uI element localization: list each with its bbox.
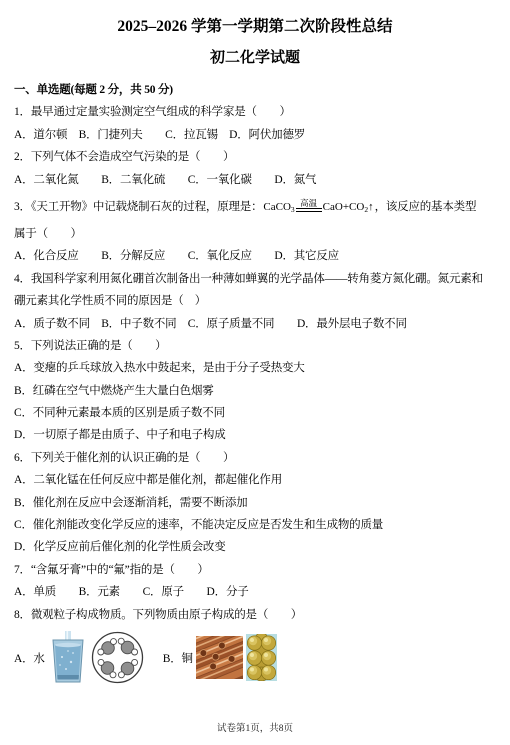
exam-title: 2025–2026 学第一学期第二次阶段性总结 [14, 10, 496, 43]
question-3-options: A．化合反应 B．分解反应 C．氧化反应 D．其它反应 [14, 245, 496, 267]
eq-gas-arrow: ↑ [368, 191, 374, 223]
exam-subtitle: 初二化学试题 [14, 43, 496, 73]
water-glass-photo [48, 631, 88, 684]
question-2-stem: 2．下列气体不会造成空气污染的是（ ） [14, 146, 496, 168]
question-6-option-c: C．催化剂能改变化学反应的速率，不能决定反应是否发生和生成物的质量 [14, 514, 496, 536]
question-5-option-c: C．不同种元素最本质的区别是质子数不同 [14, 402, 496, 424]
eq-condition-label: 高温 [300, 199, 317, 208]
q8-option-b-label: B．铜 [163, 650, 193, 666]
q3-stem-prefix: 3．《天工开物》中记载烧制石灰的过程，原理是： [14, 191, 262, 223]
q3-chemical-equation: CaCO3高温CaO+CO2↑ [263, 191, 373, 223]
question-5-option-b: B．红磷在空气中燃烧产生大量白色烟雾 [14, 380, 496, 402]
water-molecules-diagram [91, 631, 144, 684]
eq-double-line [296, 208, 322, 212]
question-7-stem: 7．“含氟牙膏”中的“氟”指的是（ ） [14, 559, 496, 581]
question-4-stem-line2: 硼元素其化学性质不同的原因是（ ） [14, 290, 496, 312]
copper-atoms-diagram [246, 634, 277, 681]
eq-products: CaO+CO [323, 191, 365, 223]
question-5-stem: 5．下列说法正确的是（ ） [14, 335, 496, 357]
question-6-option-a: A．二氧化锰在任何反应中都是催化剂，都起催化作用 [14, 469, 496, 491]
exam-body: 一、单选题(每题 2 分，共 50 分) 1．最早通过定量实验测定空气组成的科学… [14, 79, 496, 690]
question-1-stem: 1．最早通过定量实验测定空气组成的科学家是（ ） [14, 101, 496, 123]
question-2-options: A．二氧化氮 B．二氧化硫 C．一氧化碳 D．氮气 [14, 169, 496, 191]
copper-rods-photo [196, 636, 243, 679]
question-3-stem: 3．《天工开物》中记载烧制石灰的过程，原理是：CaCO3高温CaO+CO2↑，该… [14, 191, 496, 223]
section-header: 一、单选题(每题 2 分，共 50 分) [14, 79, 496, 101]
question-6-stem: 6．下列关于催化剂的认识正确的是（ ） [14, 447, 496, 469]
question-6-option-b: B．催化剂在反应中会逐渐消耗，需要不断添加 [14, 492, 496, 514]
question-4-options: A．质子数不同 B．中子数不同 C．原子质量不同 D．最外层电子数不同 [14, 313, 496, 335]
q8-option-a-label: A．水 [14, 650, 45, 666]
question-4-stem-line1: 4．我国科学家利用氮化硼首次制备出一种薄如蝉翼的光学晶体——转角菱方氮化硼。氮元… [14, 268, 496, 290]
question-7-options: A．单质 B．元素 C．原子 D．分子 [14, 581, 496, 603]
page-footer: 试卷第1页，共8页 [0, 720, 510, 734]
question-8-image-options: A．水 [14, 626, 496, 690]
q3-stem-suffix: ，该反应的基本类型 [375, 191, 477, 223]
eq-reactant: CaCO [263, 191, 291, 223]
eq-reactant-subscript: 3 [291, 206, 295, 214]
eq-reaction-condition: 高温 [296, 199, 322, 212]
exam-page: 2025–2026 学第一学期第二次阶段性总结 初二化学试题 一、单选题(每题 … [0, 0, 510, 690]
question-6-option-d: D．化学反应前后催化剂的化学性质会改变 [14, 536, 496, 558]
question-3-stem-line2: 属于（ ） [14, 223, 496, 245]
question-1-options: A．道尔顿 B．门捷列夫 C．拉瓦锡 D．阿伏加德罗 [14, 124, 496, 146]
question-5-option-d: D．一切原子都是由质子、中子和电子构成 [14, 424, 496, 446]
question-5-option-a: A．变瘪的乒乓球放入热水中鼓起来，是由于分子受热变大 [14, 357, 496, 379]
eq-products-subscript: 2 [364, 206, 368, 214]
question-8-stem: 8．微观粒子构成物质。下列物质由原子构成的是（ ） [14, 604, 496, 626]
